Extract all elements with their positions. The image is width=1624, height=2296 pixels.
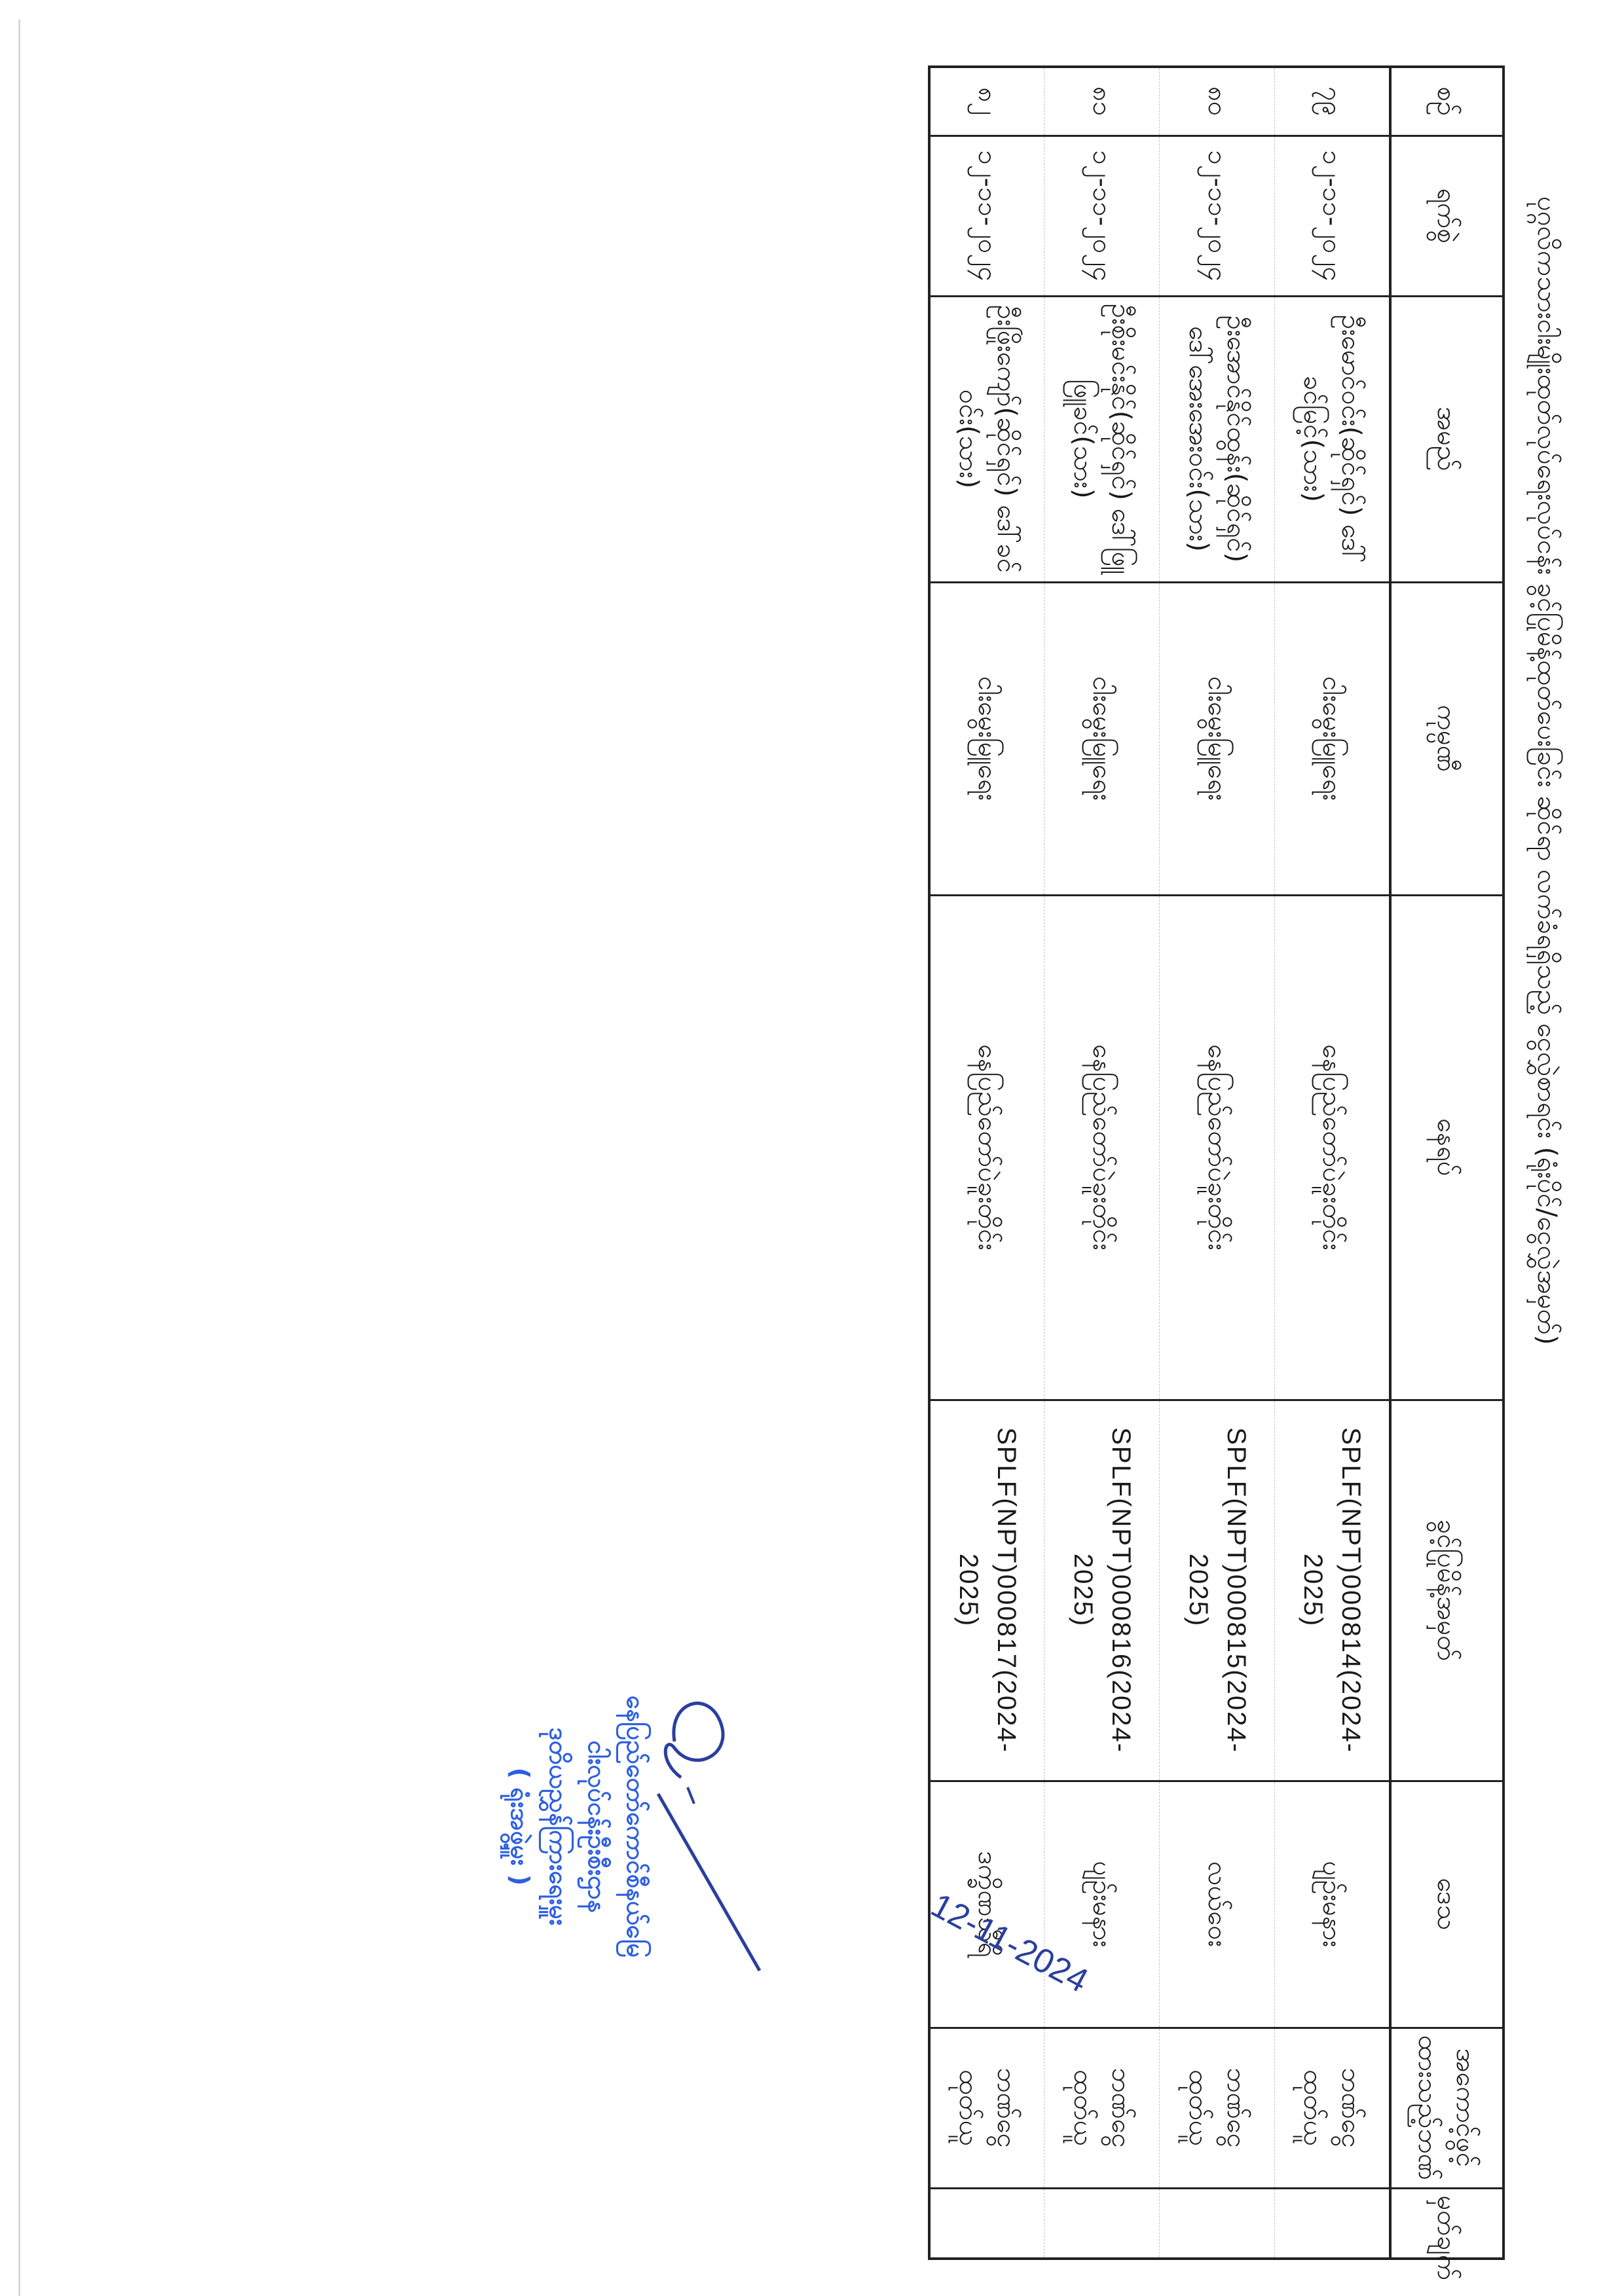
cell-serial: ၇၉ xyxy=(1275,67,1390,136)
cell-date: ၁၂-၁၁-၂၀၂၄ xyxy=(1044,136,1160,296)
cell-address: နေပြည်တော်ပဲခူးတိုင်း xyxy=(1275,895,1390,1400)
cell-name: ဦးဖြိုးကျော်(ဆိုင်ရှင်) ဒေါ်ခင်ဝင်း(သား) xyxy=(929,296,1044,582)
stamp-line: ဒုတိယညွှန်ကြားရေးမှူး xyxy=(539,1676,578,1977)
cell-serial: ၈၂ xyxy=(929,67,1044,136)
cell-serial: ၈၀ xyxy=(1160,67,1275,136)
cell-company: ငါးမွေးမြူရေး xyxy=(1160,582,1275,895)
cell-company: ငါးမွေးမြူရေး xyxy=(929,582,1044,895)
cell-permit-no: SPLF(NPT)000814(2024-2025) xyxy=(1275,1400,1390,1781)
col-header-region: ဒေသ xyxy=(1390,1781,1504,2028)
cell-region: ပျဉ်းမနား xyxy=(1275,1781,1390,2028)
col-header-permit-no: ခွင့်ပြုမိန့်အမှတ် xyxy=(1390,1400,1504,1781)
cell-date: ၁၂-၁၁-၂၀၂၄ xyxy=(1275,136,1390,296)
cell-remark xyxy=(1275,2188,1390,2259)
col-header-serial: စဉ် xyxy=(1390,67,1504,136)
cell-name: ဦးစိုးမင်းနိုင်(ဆိုင်ရှင်) ဒေါ်ဖြူဖြူခင်… xyxy=(1044,296,1160,582)
table-row: ၇၉ ၁၂-၁၁-၂၀၂၄ ဦးမောင်ဝင်း(ဆိုင်ရှင်) ဒေါ… xyxy=(1275,67,1390,2259)
cell-bank: ဘဏ်ငွေ ထုတ်ယူ xyxy=(1044,2028,1160,2188)
cell-date: ၁၂-၁၁-၂၀၂၄ xyxy=(1160,136,1275,296)
col-header-bank: အကောင့်ဖွင့်ထားသည့်ဘဏ် xyxy=(1390,2028,1504,2188)
cell-name: ဦးမောင်ဝင်း(ဆိုင်ရှင်) ဒေါ်ခင်မြင့်(သား) xyxy=(1275,296,1390,582)
col-header-company: ကုမ္ပဏီ xyxy=(1390,582,1504,895)
table-row: ၈၁ ၁၂-၁၁-၂၀၂၄ ဦးစိုးမင်းနိုင်(ဆိုင်ရှင်)… xyxy=(1044,67,1160,2259)
cell-permit-no: SPLF(NPT)000815(2024-2025) xyxy=(1160,1400,1275,1781)
cell-company: ငါးမွေးမြူရေး xyxy=(1275,582,1390,895)
document-title: ပုဂ္ဂလိကသားငါးမျိုးထုတ်လုပ်ရေးလုပ်ငန်း ခ… xyxy=(1525,196,1564,2030)
stamp-line: ငါးလုပ်ငန်းဦးစီးဌာန xyxy=(578,1676,616,1977)
cell-date: ၁၂-၁၁-၂၀၂၄ xyxy=(929,136,1044,296)
cell-remark xyxy=(929,2188,1044,2259)
cell-remark xyxy=(1044,2188,1160,2259)
cell-remark xyxy=(1160,2188,1275,2259)
cell-name: ဦးအောင်နိုင်ထွန်း(ဆိုင်ရှင်) ဒေါ်အေးအေးဝ… xyxy=(1160,296,1275,582)
cell-address: နေပြည်တော်ပဲခူးတိုင်း xyxy=(929,895,1044,1400)
col-header-date: ရက်စွဲ xyxy=(1390,136,1504,296)
official-stamp: နေပြည်တော်ကောင်စီနယ်မြေ ငါးလုပ်ငန်းဦးစီး… xyxy=(500,1676,655,1977)
cell-company: ငါးမွေးမြူရေး xyxy=(1044,582,1160,895)
cell-address: နေပြည်တော်ပဲခူးတိုင်း xyxy=(1044,895,1160,1400)
col-header-name: အမည် xyxy=(1390,296,1504,582)
cell-bank: ဘဏ်ငွေ ထုတ်ယူ xyxy=(1275,2028,1390,2188)
cell-bank: ဘဏ်ငွေ ထုတ်ယူ xyxy=(1160,2028,1275,2188)
cell-serial: ၈၁ xyxy=(1044,67,1160,136)
cell-region: လယ်ဝေး xyxy=(1160,1781,1275,2028)
col-header-remark: မှတ်ချက် xyxy=(1390,2188,1504,2259)
stamp-line: ( ရုံးအဖွဲ့မှူး ) xyxy=(500,1676,539,1977)
cell-permit-no: SPLF(NPT)000816(2024-2025) xyxy=(1044,1400,1160,1781)
table-header-row: စဉ် ရက်စွဲ အမည် ကုမ္ပဏီ နေရပ် ခွင့်ပြုမိ… xyxy=(1390,67,1504,2259)
cell-address: နေပြည်တော်ပဲခူးတိုင်း xyxy=(1160,895,1275,1400)
cell-bank: ဘဏ်ငွေ ထုတ်ယူ xyxy=(929,2028,1044,2188)
document-page: ပုဂ္ဂလိကသားငါးမျိုးထုတ်လုပ်ရေးလုပ်ငန်း ခ… xyxy=(0,0,1624,2296)
col-header-address: နေရပ် xyxy=(1390,895,1504,1400)
cell-permit-no: SPLF(NPT)000817(2024-2025) xyxy=(929,1400,1044,1781)
handwritten-signature xyxy=(642,1663,773,2134)
table-row: ၈၀ ၁၂-၁၁-၂၀၂၄ ဦးအောင်နိုင်ထွန်း(ဆိုင်ရှင… xyxy=(1160,67,1275,2259)
